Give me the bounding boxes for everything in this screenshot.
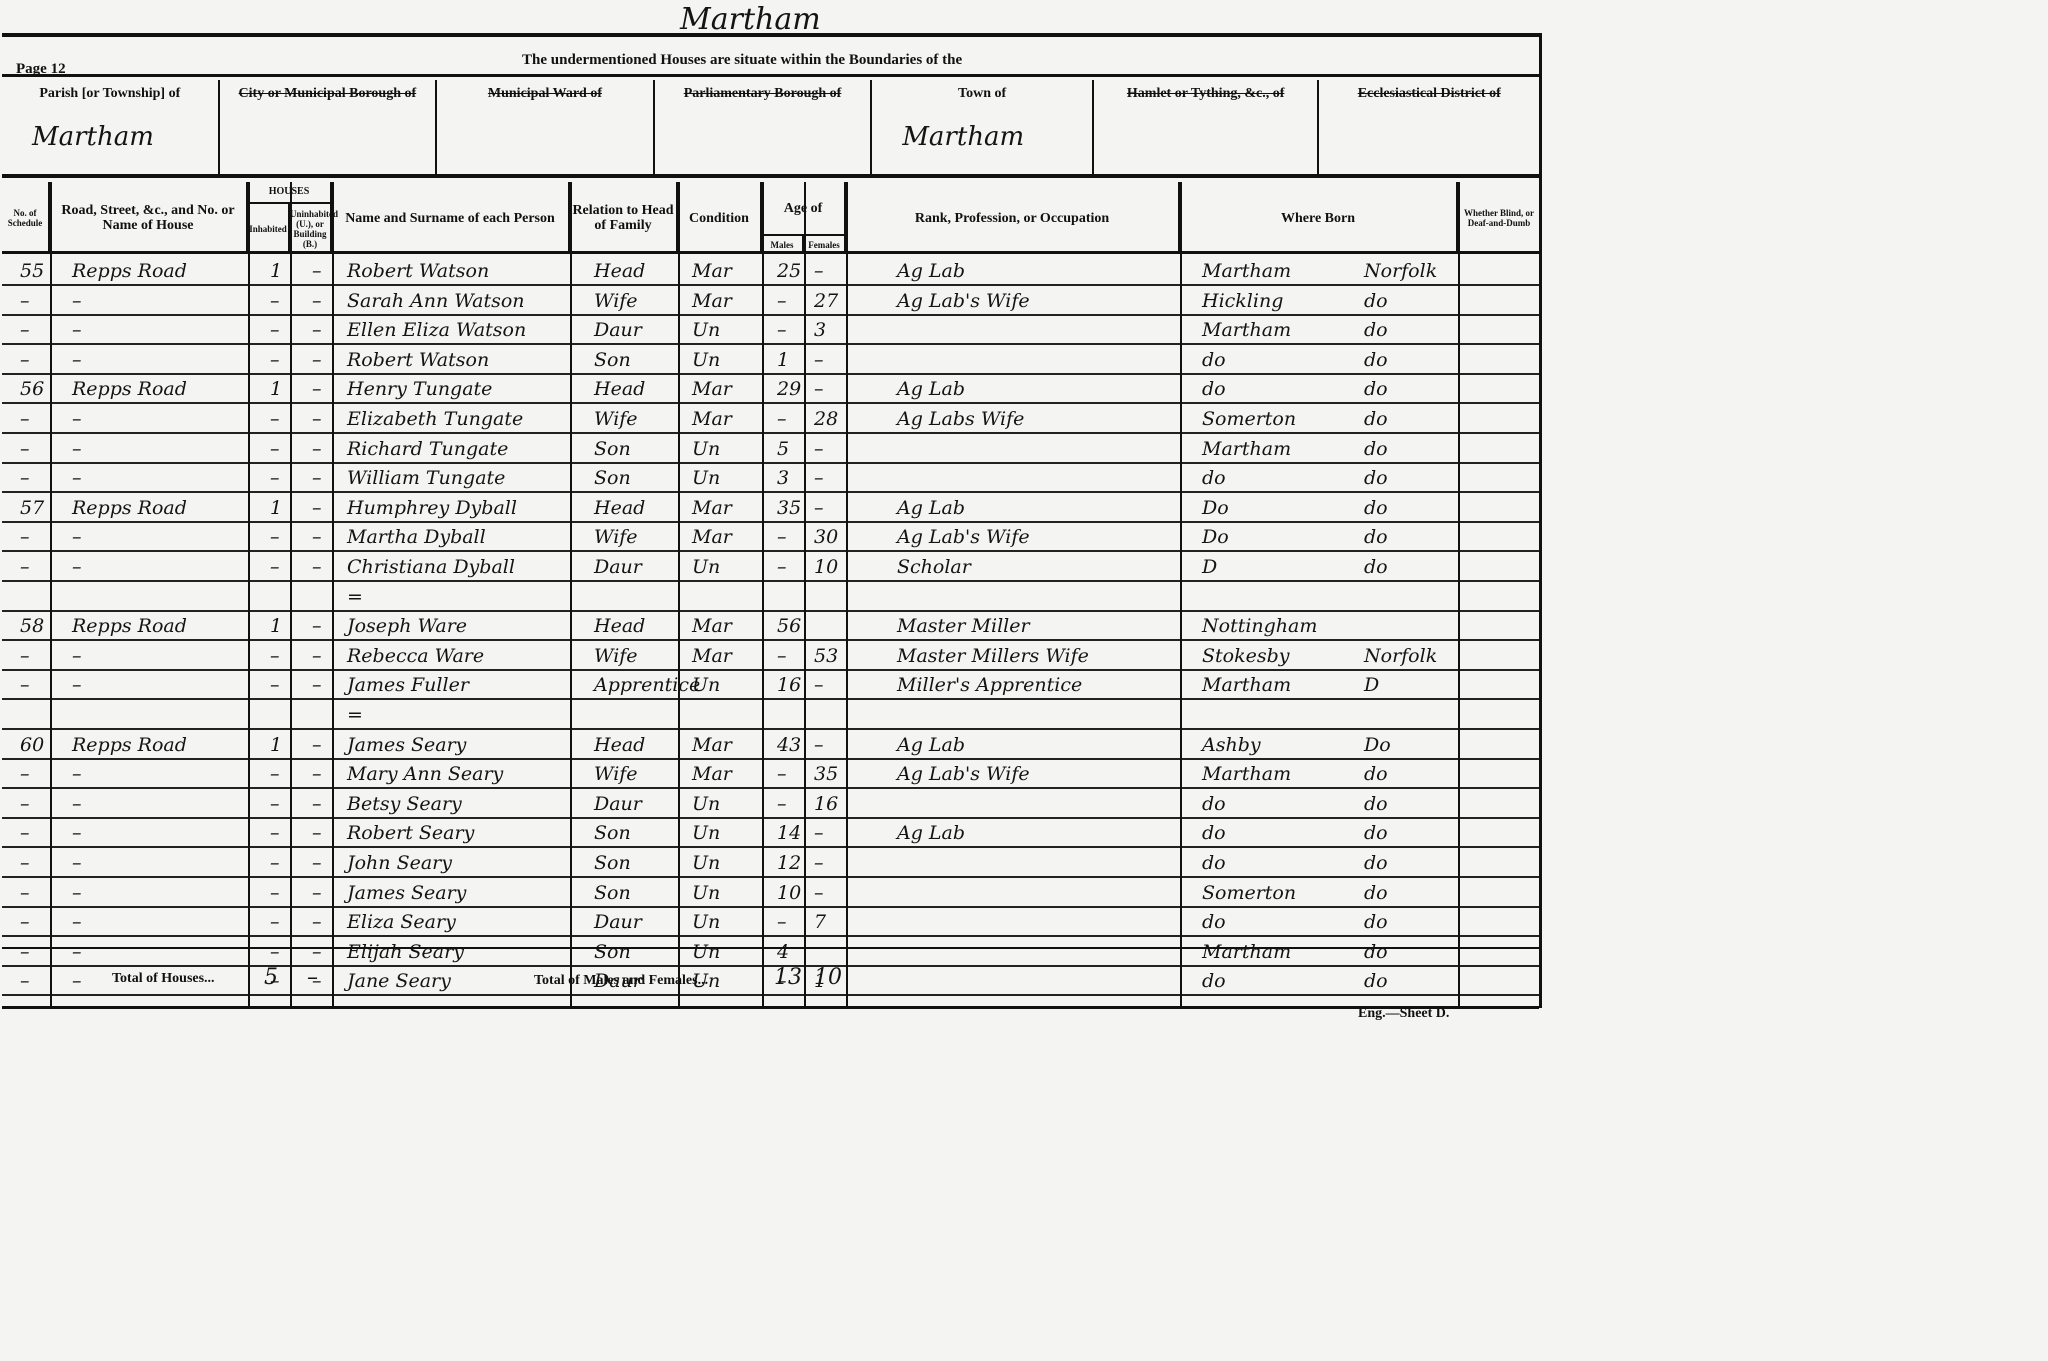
cell-born-place: Martham xyxy=(1202,435,1291,464)
cell-female: 53 xyxy=(814,642,838,671)
cell-uninh: – xyxy=(312,671,322,700)
cell-male: 16 xyxy=(777,671,801,700)
area-label: Town of xyxy=(872,86,1092,102)
cell-born-county: Norfolk xyxy=(1364,642,1437,671)
area-box: City or Municipal Borough of xyxy=(220,80,438,174)
cell-born-place: do xyxy=(1202,849,1226,878)
cell-born-place: Ashby xyxy=(1202,731,1261,760)
cell-female: – xyxy=(814,464,824,493)
cell-born-place: Martham xyxy=(1202,316,1291,345)
area-box: Hamlet or Tything, &c., of xyxy=(1094,80,1320,174)
cell-road: Repps Road xyxy=(72,731,187,760)
cell-born-place: do xyxy=(1202,908,1226,937)
cell-inh: – xyxy=(270,523,280,552)
cell-uninh: – xyxy=(312,375,322,404)
cell-occupation: Master Millers Wife xyxy=(897,642,1089,671)
cell-name: Joseph Ware xyxy=(347,612,467,641)
cell-born-county: Norfolk xyxy=(1364,257,1437,286)
area-box: Municipal Ward of xyxy=(437,80,655,174)
cell-name: Sarah Ann Watson xyxy=(347,287,525,316)
cell-relation: Wife xyxy=(594,287,638,316)
cell-inh: – xyxy=(270,287,280,316)
cell-occupation: Scholar xyxy=(897,553,971,582)
cell-relation: Son xyxy=(594,346,631,375)
cell-condition: Mar xyxy=(692,494,732,523)
cell-road: – xyxy=(72,316,82,345)
cell-occupation: Master Miller xyxy=(897,612,1030,641)
area-box: Parish [or Township] ofMartham xyxy=(2,80,220,174)
cell-uninh: – xyxy=(312,879,322,908)
cell-born-county: do xyxy=(1364,849,1388,878)
cell-born-place: Do xyxy=(1202,494,1229,523)
area-value: Martham xyxy=(32,122,154,152)
table-row: 57Repps Road1–Humphrey DyballHeadMar35–A… xyxy=(2,494,1539,523)
cell-born-county: D xyxy=(1364,671,1379,700)
area-box: Ecclesiastical District of xyxy=(1319,80,1539,174)
sheet-footer: Eng.—Sheet D. xyxy=(1358,1006,1449,1022)
cell-born-county: do xyxy=(1364,494,1388,523)
table-row: ––––John SearySonUn12–dodo xyxy=(2,849,1539,878)
cell-female: – xyxy=(814,849,824,878)
cell-name: Christiana Dyball xyxy=(347,553,515,582)
cell-condition: Mar xyxy=(692,405,732,434)
cell-occupation: Miller's Apprentice xyxy=(897,671,1082,700)
cell-relation: Head xyxy=(594,494,645,523)
column-header-uninhabited: Uninhabited (U.), or Building (B.) xyxy=(290,202,332,254)
table-row: ––––Robert SearySonUn14–Ag Labdodo xyxy=(2,819,1539,848)
cell-condition: Mar xyxy=(692,523,732,552)
column-header-name: Name and Surname of each Person xyxy=(332,182,570,254)
column-divider xyxy=(50,182,52,1009)
cell-condition: Un xyxy=(692,849,720,878)
cell-born-place: Somerton xyxy=(1202,405,1296,434)
cell-schedule: 56 xyxy=(20,375,44,404)
cell-schedule: 58 xyxy=(20,612,44,641)
cell-born-place: Nottingham xyxy=(1202,612,1317,641)
cell-condition: Un xyxy=(692,671,720,700)
cell-schedule: – xyxy=(20,671,30,700)
cell-name: = xyxy=(347,583,363,612)
cell-schedule: – xyxy=(20,405,30,434)
cell-condition: Un xyxy=(692,790,720,819)
cell-inh: 1 xyxy=(270,494,282,523)
table-row: ––––Betsy SearyDaurUn–16dodo xyxy=(2,790,1539,819)
cell-female: – xyxy=(814,375,824,404)
cell-inh: – xyxy=(270,819,280,848)
cell-schedule: 57 xyxy=(20,494,44,523)
total-females: 10 xyxy=(814,965,842,990)
cell-female: 7 xyxy=(814,908,826,937)
cell-born-place: Somerton xyxy=(1202,879,1296,908)
total-persons-label: Total of Males and Females... xyxy=(534,973,708,989)
cell-relation: Head xyxy=(594,612,645,641)
cell-female: – xyxy=(814,257,824,286)
cell-inh: 1 xyxy=(270,612,282,641)
cell-male: 56 xyxy=(777,612,801,641)
cell-female: 28 xyxy=(814,405,838,434)
cell-occupation: Ag Lab's Wife xyxy=(897,523,1030,552)
cell-schedule: – xyxy=(20,879,30,908)
cell-road: – xyxy=(72,405,82,434)
cell-born-county: do xyxy=(1364,287,1388,316)
cell-born-place: Martham xyxy=(1202,760,1291,789)
cell-born-place: do xyxy=(1202,464,1226,493)
cell-uninh: – xyxy=(312,908,322,937)
table-row: ––––Christiana DyballDaurUn–10ScholarDdo xyxy=(2,553,1539,582)
cell-road: Repps Road xyxy=(72,612,187,641)
cell-male: – xyxy=(777,316,787,345)
cell-name: James Seary xyxy=(347,731,466,760)
cell-female: – xyxy=(814,435,824,464)
cell-name: Betsy Seary xyxy=(347,790,462,819)
cell-inh: – xyxy=(270,405,280,434)
cell-occupation: Ag Lab's Wife xyxy=(897,287,1030,316)
table-row: = xyxy=(2,701,1539,730)
cell-schedule: – xyxy=(20,435,30,464)
cell-road: – xyxy=(72,849,82,878)
boundaries-caption: The undermentioned Houses are situate wi… xyxy=(522,52,962,69)
cell-road: – xyxy=(72,346,82,375)
cell-schedule: – xyxy=(20,346,30,375)
cell-born-county: do xyxy=(1364,523,1388,552)
cell-condition: Mar xyxy=(692,731,732,760)
cell-female: 16 xyxy=(814,790,838,819)
cell-schedule: – xyxy=(20,642,30,671)
cell-born-place: do xyxy=(1202,790,1226,819)
cell-born-county: do xyxy=(1364,879,1388,908)
cell-relation: Daur xyxy=(594,790,642,819)
table-row: ––––James SearySonUn10–Somertondo xyxy=(2,879,1539,908)
cell-inh: – xyxy=(270,642,280,671)
cell-male: – xyxy=(777,760,787,789)
cell-inh: – xyxy=(270,316,280,345)
cell-name: Eliza Seary xyxy=(347,908,456,937)
column-divider xyxy=(846,182,848,1009)
cell-uninh: – xyxy=(312,819,322,848)
column-header-relation: Relation to Head of Family xyxy=(570,182,678,254)
total-houses-label: Total of Houses... xyxy=(112,971,215,987)
cell-road: – xyxy=(72,879,82,908)
cell-relation: Daur xyxy=(594,316,642,345)
cell-male: 43 xyxy=(777,731,801,760)
cell-inh: 1 xyxy=(270,257,282,286)
cell-male: 1 xyxy=(777,346,789,375)
cell-name: Henry Tungate xyxy=(347,375,492,404)
cell-inh: – xyxy=(270,671,280,700)
table-row: = xyxy=(2,583,1539,612)
cell-inh: 1 xyxy=(270,731,282,760)
cell-uninh: – xyxy=(312,790,322,819)
table-row: 56Repps Road1–Henry TungateHeadMar29–Ag … xyxy=(2,375,1539,404)
column-header-born: Where Born xyxy=(1180,182,1458,254)
table-row: ––––Sarah Ann WatsonWifeMar–27Ag Lab's W… xyxy=(2,287,1539,316)
cell-born-place: do xyxy=(1202,375,1226,404)
cell-uninh: – xyxy=(312,760,322,789)
cell-name: Richard Tungate xyxy=(347,435,508,464)
column-header-males: Males xyxy=(762,234,804,254)
cell-inh: – xyxy=(270,346,280,375)
cell-inh: – xyxy=(270,464,280,493)
cell-relation: Head xyxy=(594,731,645,760)
table-row: ––––Richard TungateSonUn5–Marthamdo xyxy=(2,435,1539,464)
cell-male: 14 xyxy=(777,819,801,848)
total-males: 13 xyxy=(774,965,802,990)
cell-name: = xyxy=(347,701,363,730)
cell-relation: Daur xyxy=(594,553,642,582)
cell-female: 3 xyxy=(814,316,826,345)
cell-born-place: do xyxy=(1202,346,1226,375)
cell-road: – xyxy=(72,435,82,464)
cell-born-place: Martham xyxy=(1202,257,1291,286)
cell-name: John Seary xyxy=(347,849,452,878)
cell-inh: – xyxy=(270,435,280,464)
cell-born-place: Stokesby xyxy=(1202,642,1290,671)
census-sheet: Martham Page 12 The undermentioned House… xyxy=(0,0,1568,1048)
cell-uninh: – xyxy=(312,612,322,641)
cell-female: 27 xyxy=(814,287,838,316)
column-divider xyxy=(1180,182,1182,1009)
column-header-schedule: No. of Schedule xyxy=(2,182,50,254)
cell-occupation: Ag Lab's Wife xyxy=(897,760,1030,789)
column-header-inhabited: Inhabited xyxy=(248,202,290,254)
cell-schedule: 55 xyxy=(20,257,44,286)
table-row: ––––Elizabeth TungateWifeMar–28Ag Labs W… xyxy=(2,405,1539,434)
table-row: ––––James FullerApprenticeUn16–Miller's … xyxy=(2,671,1539,700)
table-row: 60Repps Road1–James SearyHeadMar43–Ag La… xyxy=(2,731,1539,760)
cell-female: 30 xyxy=(814,523,838,552)
cell-uninh: – xyxy=(312,494,322,523)
cell-condition: Mar xyxy=(692,642,732,671)
table-row: ––––Eliza SearyDaurUn–7dodo xyxy=(2,908,1539,937)
cell-relation: Son xyxy=(594,849,631,878)
cell-relation: Wife xyxy=(594,523,638,552)
area-box: Town ofMartham xyxy=(872,80,1094,174)
cell-uninh: – xyxy=(312,316,322,345)
cell-condition: Un xyxy=(692,435,720,464)
cell-male: – xyxy=(777,405,787,434)
cell-condition: Mar xyxy=(692,375,732,404)
cell-born-county: do xyxy=(1364,316,1388,345)
cell-uninh: – xyxy=(312,523,322,552)
form-header: Page 12 The undermentioned Houses are si… xyxy=(2,37,1539,77)
cell-relation: Son xyxy=(594,435,631,464)
cell-schedule: – xyxy=(20,819,30,848)
cell-inh: – xyxy=(270,879,280,908)
area-boxes: Parish [or Township] ofMarthamCity or Mu… xyxy=(2,80,1539,178)
cell-born-place: Martham xyxy=(1202,671,1291,700)
cell-condition: Un xyxy=(692,553,720,582)
table-row: ––––Martha DyballWifeMar–30Ag Lab's Wife… xyxy=(2,523,1539,552)
cell-male: 25 xyxy=(777,257,801,286)
cell-female: 35 xyxy=(814,760,838,789)
area-label: City or Municipal Borough of xyxy=(220,86,436,102)
cell-uninh: – xyxy=(312,435,322,464)
cell-born-county: do xyxy=(1364,405,1388,434)
cell-male: 5 xyxy=(777,435,789,464)
cell-uninh: – xyxy=(312,346,322,375)
cell-occupation: Ag Lab xyxy=(897,731,965,760)
cell-female: – xyxy=(814,346,824,375)
table-row: ––––Mary Ann SearyWifeMar–35Ag Lab's Wif… xyxy=(2,760,1539,789)
column-headers: No. of ScheduleRoad, Street, &c., and No… xyxy=(2,182,1539,254)
cell-female: – xyxy=(814,731,824,760)
table-row: ––––Ellen Eliza WatsonDaurUn–3Marthamdo xyxy=(2,316,1539,345)
cell-relation: Head xyxy=(594,257,645,286)
cell-inh: – xyxy=(270,553,280,582)
cell-relation: Wife xyxy=(594,405,638,434)
area-label: Ecclesiastical District of xyxy=(1319,86,1539,102)
cell-female: – xyxy=(814,671,824,700)
cell-road: Repps Road xyxy=(72,257,187,286)
column-divider xyxy=(332,182,334,1009)
cell-inh: – xyxy=(270,849,280,878)
cell-condition: Un xyxy=(692,346,720,375)
cell-name: James Fuller xyxy=(347,671,469,700)
cell-born-place: do xyxy=(1202,819,1226,848)
cell-male: – xyxy=(777,553,787,582)
cell-female: – xyxy=(814,494,824,523)
cell-name: Martha Dyball xyxy=(347,523,486,552)
cell-schedule: – xyxy=(20,523,30,552)
column-divider xyxy=(290,182,292,1009)
cell-male: 3 xyxy=(777,464,789,493)
cell-occupation: Ag Lab xyxy=(897,257,965,286)
cell-uninh: – xyxy=(312,642,322,671)
cell-schedule: – xyxy=(20,287,30,316)
cell-male: 12 xyxy=(777,849,801,878)
cell-schedule: – xyxy=(20,553,30,582)
area-box: Parliamentary Borough of xyxy=(655,80,873,174)
column-divider xyxy=(248,182,250,1009)
area-label: Hamlet or Tything, &c., of xyxy=(1094,86,1318,102)
table-row: ––––William TungateSonUn3–dodo xyxy=(2,464,1539,493)
cell-name: Elizabeth Tungate xyxy=(347,405,523,434)
cell-male: – xyxy=(777,908,787,937)
area-value: Martham xyxy=(902,122,1024,152)
cell-uninh: – xyxy=(312,287,322,316)
cell-uninh: – xyxy=(312,257,322,286)
cell-schedule: – xyxy=(20,760,30,789)
cell-name: Rebecca Ware xyxy=(347,642,484,671)
cell-name: Robert Watson xyxy=(347,346,489,375)
cell-relation: Head xyxy=(594,375,645,404)
cell-born-county: do xyxy=(1364,819,1388,848)
cell-born-place: Hickling xyxy=(1202,287,1283,316)
cell-male: – xyxy=(777,523,787,552)
cell-born-county: do xyxy=(1364,908,1388,937)
cell-inh: – xyxy=(270,790,280,819)
cell-occupation: Ag Lab xyxy=(897,375,965,404)
cell-uninh: – xyxy=(312,405,322,434)
cell-road: – xyxy=(72,553,82,582)
cell-condition: Un xyxy=(692,819,720,848)
cell-male: 10 xyxy=(777,879,801,908)
cell-born-county: do xyxy=(1364,464,1388,493)
cell-born-county: do xyxy=(1364,760,1388,789)
cell-road: – xyxy=(72,760,82,789)
census-form: Page 12 The undermentioned Houses are si… xyxy=(2,33,1542,1008)
cell-schedule: – xyxy=(20,316,30,345)
cell-occupation: Ag Labs Wife xyxy=(897,405,1024,434)
cell-name: Robert Watson xyxy=(347,257,489,286)
top-annotation: Martham xyxy=(680,2,821,37)
table-row: ––––Robert WatsonSonUn1–dodo xyxy=(2,346,1539,375)
cell-condition: Mar xyxy=(692,760,732,789)
cell-relation: Son xyxy=(594,464,631,493)
cell-road: – xyxy=(72,671,82,700)
cell-born-county: do xyxy=(1364,435,1388,464)
cell-name: Humphrey Dyball xyxy=(347,494,517,523)
cell-road: – xyxy=(72,464,82,493)
cell-condition: Un xyxy=(692,464,720,493)
cell-road: – xyxy=(72,642,82,671)
cell-road: – xyxy=(72,287,82,316)
column-divider xyxy=(570,182,572,1009)
cell-condition: Mar xyxy=(692,257,732,286)
area-label: Municipal Ward of xyxy=(437,86,653,102)
cell-born-county: do xyxy=(1364,553,1388,582)
cell-name: Ellen Eliza Watson xyxy=(347,316,526,345)
cell-road: – xyxy=(72,819,82,848)
cell-inh: – xyxy=(270,908,280,937)
column-divider xyxy=(1458,182,1460,1009)
cell-relation: Wife xyxy=(594,760,638,789)
column-divider xyxy=(762,182,764,1009)
total-houses-uninhabited: – xyxy=(307,965,318,990)
cell-uninh: – xyxy=(312,731,322,760)
cell-born-county: Do xyxy=(1364,731,1391,760)
cell-condition: Un xyxy=(692,908,720,937)
cell-inh: – xyxy=(270,760,280,789)
cell-born-county: do xyxy=(1364,790,1388,819)
cell-female: – xyxy=(814,879,824,908)
column-header-road: Road, Street, &c., and No. or Name of Ho… xyxy=(50,182,248,254)
cell-relation: Daur xyxy=(594,908,642,937)
cell-relation: Son xyxy=(594,819,631,848)
area-label: Parish [or Township] of xyxy=(2,86,218,102)
cell-uninh: – xyxy=(312,464,322,493)
cell-relation: Son xyxy=(594,879,631,908)
cell-road: – xyxy=(72,908,82,937)
cell-born-place: Do xyxy=(1202,523,1229,552)
cell-born-county: do xyxy=(1364,346,1388,375)
column-header-blind: Whether Blind, or Deaf-and-Dumb xyxy=(1458,182,1542,254)
cell-schedule: – xyxy=(20,908,30,937)
cell-condition: Un xyxy=(692,316,720,345)
cell-road: Repps Road xyxy=(72,494,187,523)
cell-road: – xyxy=(72,523,82,552)
table-row: ––––Rebecca WareWifeMar–53Master Millers… xyxy=(2,642,1539,671)
table-row: 58Repps Road1–Joseph WareHeadMar56Master… xyxy=(2,612,1539,641)
cell-male: – xyxy=(777,287,787,316)
cell-male: 29 xyxy=(777,375,801,404)
totals-row: Total of Houses... 5 – Total of Males an… xyxy=(2,947,1539,1009)
column-header-females: Females xyxy=(804,234,846,254)
cell-uninh: – xyxy=(312,849,322,878)
cell-name: Mary Ann Seary xyxy=(347,760,503,789)
table-row: 55Repps Road1–Robert WatsonHeadMar25–Ag … xyxy=(2,257,1539,286)
cell-schedule: – xyxy=(20,790,30,819)
column-divider xyxy=(678,182,680,1009)
cell-relation: Apprentice xyxy=(594,671,700,700)
cell-born-county: do xyxy=(1364,375,1388,404)
cell-born-place: D xyxy=(1202,553,1217,582)
cell-schedule: 60 xyxy=(20,731,44,760)
cell-schedule: – xyxy=(20,849,30,878)
cell-occupation: Ag Lab xyxy=(897,494,965,523)
cell-female: 10 xyxy=(814,553,838,582)
cell-condition: Mar xyxy=(692,612,732,641)
